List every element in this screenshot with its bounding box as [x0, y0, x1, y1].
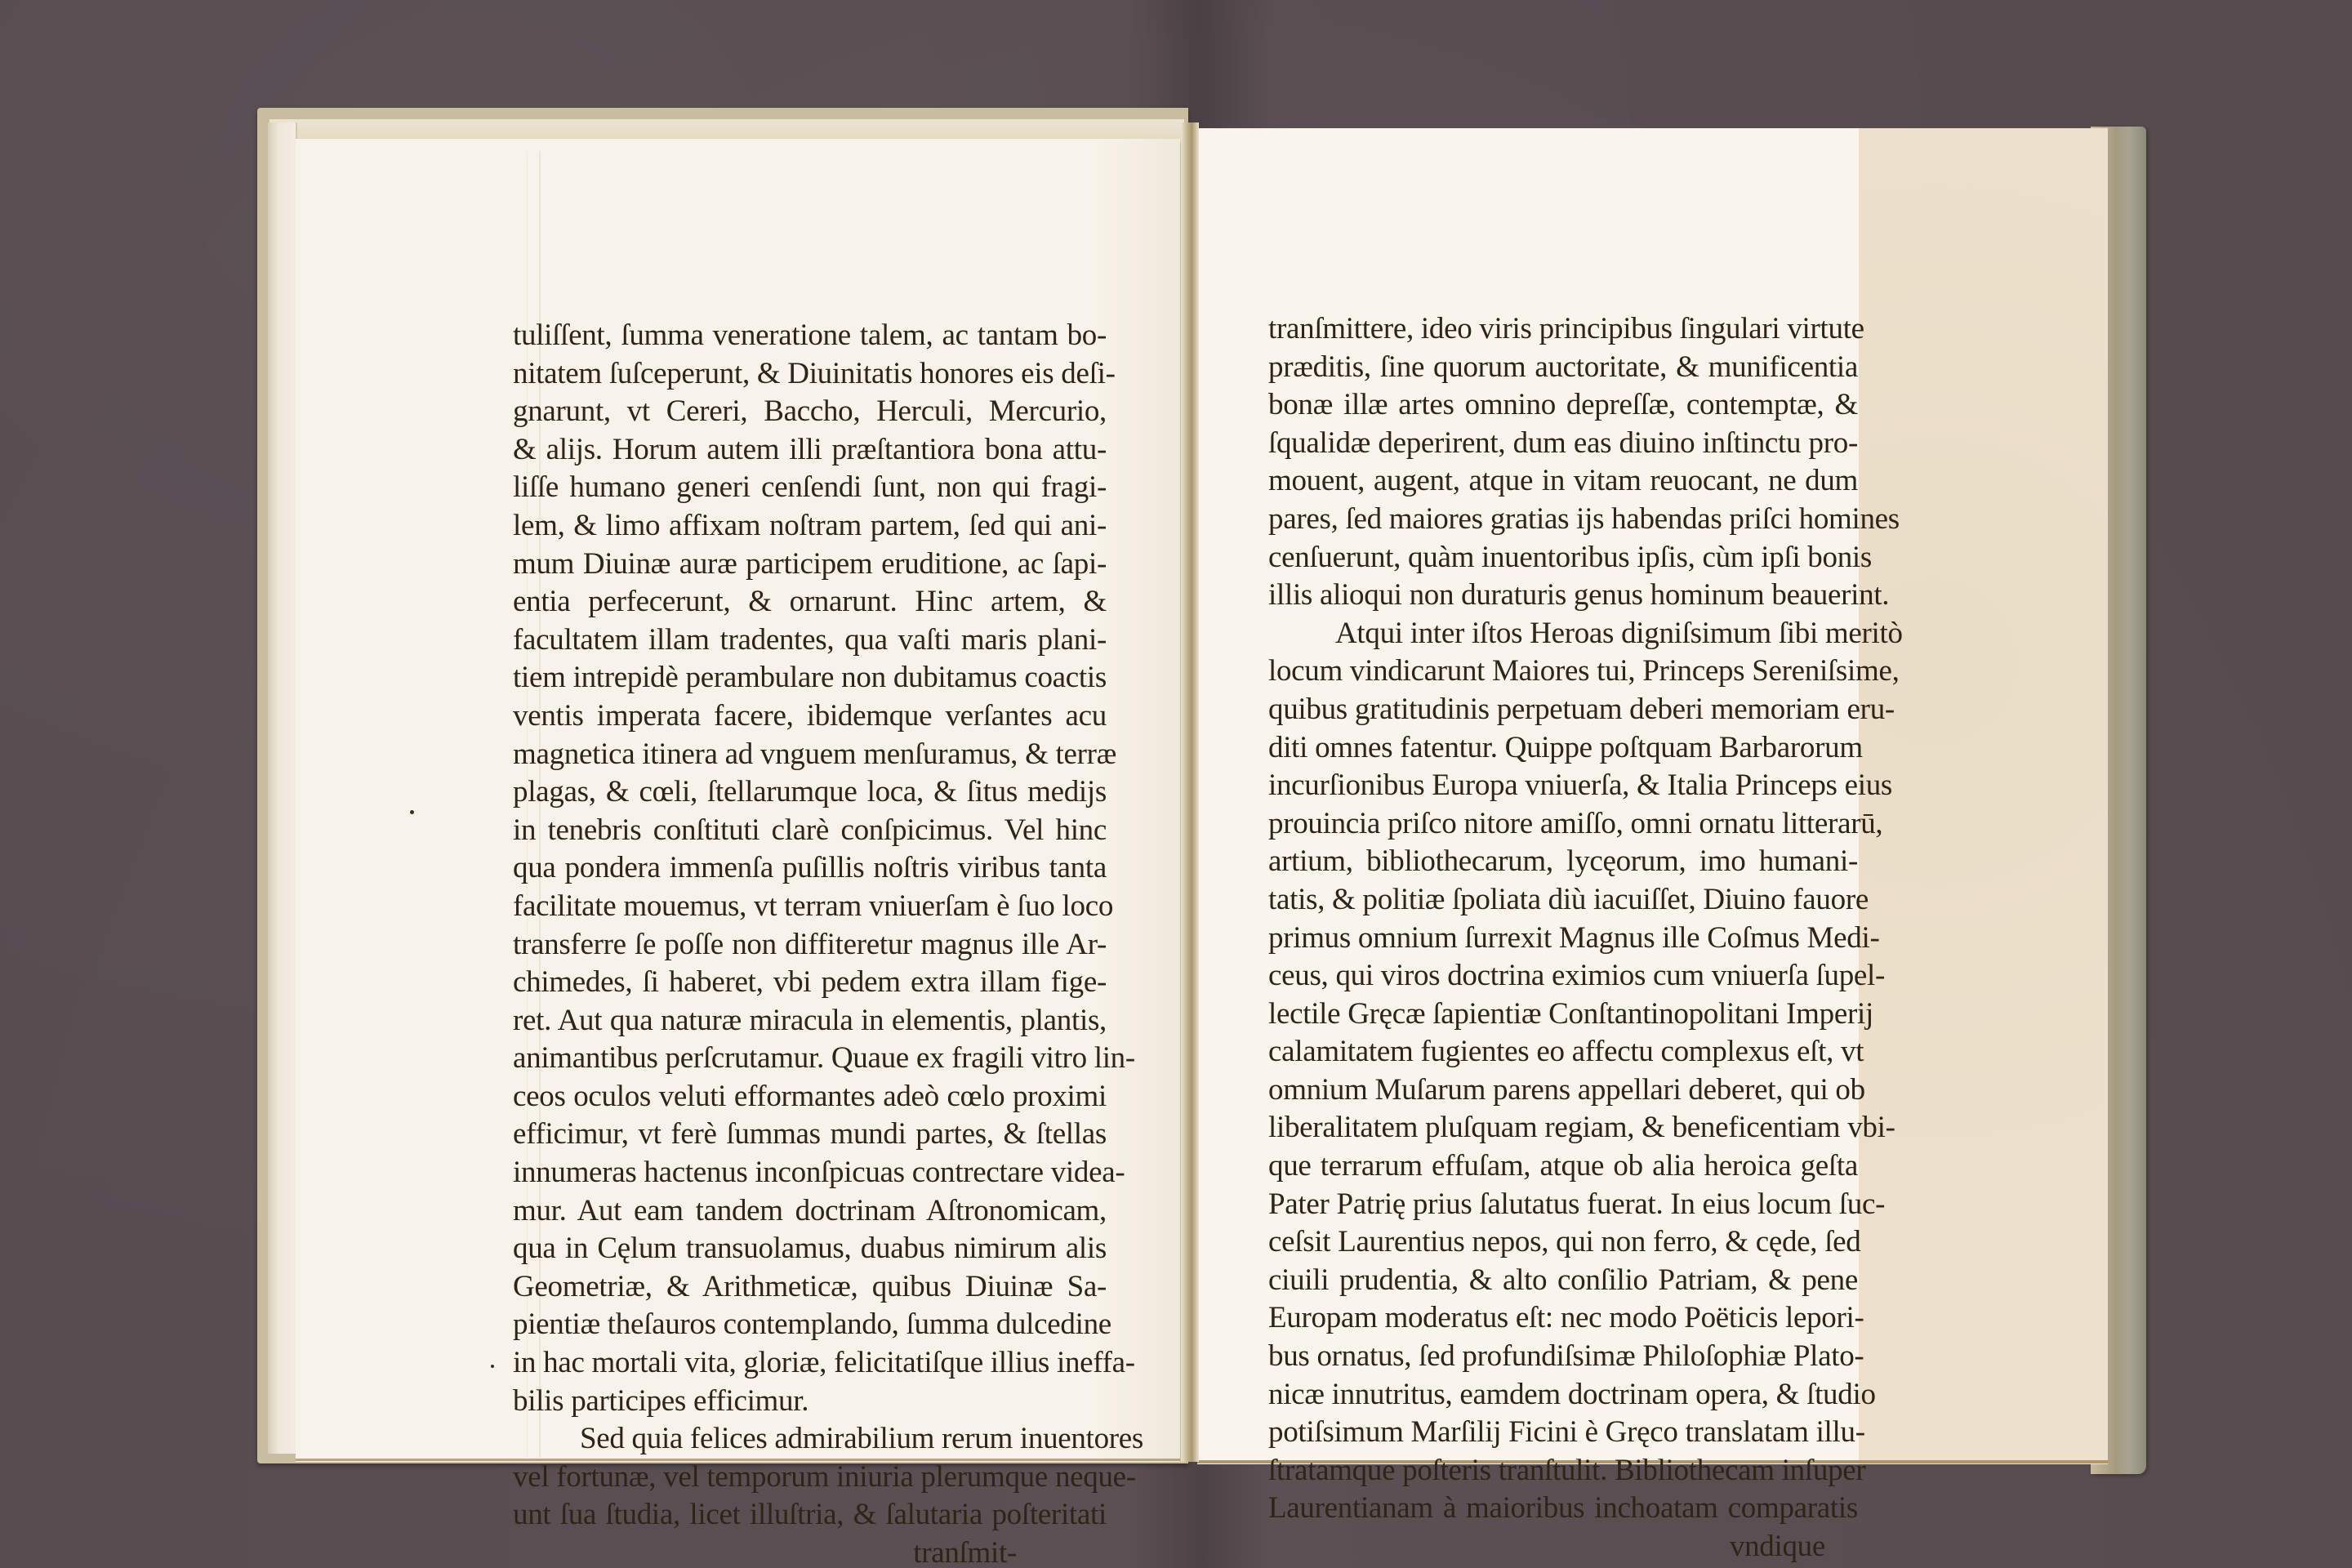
text-line: ret. Aut qua naturæ miracula in elementi…: [513, 1002, 1107, 1040]
text-line: que terrarum effuſam, atque ob alia hero…: [1268, 1147, 1858, 1186]
left-flyleaf-side-edge: [268, 122, 297, 1454]
text-line: lectile Gręcæ ſapientiæ Conſtantinopolit…: [1268, 996, 1858, 1034]
paragraph-start-line: Atqui inter iſtos Heroas digniſsimum ſib…: [1268, 615, 1858, 653]
text-line: mouent, augent, atque in vitam reuocant,…: [1268, 462, 1858, 501]
text-line: ſqualidæ deperirent, dum eas diuino inſt…: [1268, 425, 1858, 463]
text-line: liberalitatem pluſquam regiam, & benefic…: [1268, 1109, 1858, 1147]
text-line: unt ſua ſtudia, licet illuſtria, & ſalut…: [513, 1496, 1107, 1535]
text-line: potiſsimum Marſilij Ficini è Gręco trans…: [1268, 1414, 1858, 1452]
text-line: pares, ſed maiores gratias ijs habendas …: [1268, 501, 1858, 539]
left-page-text: tuliſſent, ſumma veneratione talem, ac t…: [513, 317, 1107, 1568]
text-line: plagas, & cœli, ſtellarumque loca, & ſit…: [513, 773, 1107, 812]
text-line: gnarunt, vt Cereri, Baccho, Herculi, Mer…: [513, 393, 1107, 431]
text-line: in tenebris conſtituti clarè conſpicimus…: [513, 812, 1107, 850]
text-line: lem, & limo affixam noſtram partem, ſed …: [513, 507, 1107, 546]
right-page-text: tranſmittere, ideo viris principibus ſin…: [1268, 310, 1858, 1566]
text-line: liſſe humano generi cenſendi ſunt, non q…: [513, 469, 1107, 507]
text-line: Pater Patrię prius ſalutatus fuerat. In …: [1268, 1186, 1858, 1224]
text-line: Europam moderatus eſt: nec modo Poëticis…: [1268, 1299, 1858, 1338]
paper-speck: [410, 810, 414, 814]
text-line: diti omnes fatentur. Quippe poſtquam Bar…: [1268, 729, 1858, 768]
text-line: Geometriæ, & Arithmeticæ, quibus Diuinæ …: [513, 1268, 1107, 1307]
right-page-outer-margin: [1859, 128, 2108, 1464]
text-line: pientiæ theſauros contemplando, ſumma du…: [513, 1306, 1107, 1344]
text-line: efficimur, vt ferè ſummas mundi partes, …: [513, 1116, 1107, 1154]
text-line: artium, bibliothecarum, lycęorum, imo hu…: [1268, 843, 1858, 881]
text-line: mum Diuinæ auræ participem eruditione, a…: [513, 546, 1107, 584]
catchword: vndique: [1268, 1528, 1858, 1566]
text-line: tiem intrepidè perambulare non dubitamus…: [513, 659, 1107, 697]
text-line: tatis, & politiæ ſpoliata diù iacuiſſet,…: [1268, 881, 1858, 920]
paper-speck: [491, 1365, 494, 1368]
text-line: locum vindicarunt Maiores tui, Princeps …: [1268, 653, 1858, 691]
text-line: animantibus perſcrutamur. Quaue ex fragi…: [513, 1040, 1107, 1078]
text-line: transferre ſe poſſe non diffiteretur mag…: [513, 926, 1107, 964]
paragraph-start-line: Sed quia felices admirabilium rerum inue…: [513, 1420, 1107, 1459]
text-line: bonæ illæ artes omnino depreſſæ, contemp…: [1268, 386, 1858, 425]
text-line: tranſmittere, ideo viris principibus ſin…: [1268, 310, 1858, 349]
text-line: Laurentianam à maioribus inchoatam compa…: [1268, 1490, 1858, 1528]
text-line: tuliſſent, ſumma veneratione talem, ac t…: [513, 317, 1107, 355]
text-line: ſtratamque poſteris tranſtulit. Biblioth…: [1268, 1452, 1858, 1490]
text-line: ciuili prudentia, & alto conſilio Patria…: [1268, 1262, 1858, 1300]
text-line: & alijs. Horum autem illi præſtantiora b…: [513, 431, 1107, 470]
text-line: illis alioqui non duraturis genus hominu…: [1268, 577, 1858, 615]
text-line: qua in Cęlum transuolamus, duabus nimiru…: [513, 1230, 1107, 1268]
text-line: nitatem ſuſceperunt, & Diuinitatis honor…: [513, 355, 1107, 394]
text-line: primus omnium ſurrexit Magnus ille Coſmu…: [1268, 920, 1858, 958]
text-line: entia perfecerunt, & ornarunt. Hinc arte…: [513, 583, 1107, 621]
text-line: ventis imperata facere, ibidemque verſan…: [513, 697, 1107, 736]
text-line: calamitatem fugientes eo affectu complex…: [1268, 1033, 1858, 1071]
text-line: nicæ innutritus, eamdem doctrinam opera,…: [1268, 1376, 1858, 1414]
text-line: ceſsit Laurentius nepos, qui non ferro, …: [1268, 1223, 1858, 1262]
text-line: ceus, qui viros doctrina eximios cum vni…: [1268, 957, 1858, 996]
text-line: cenſuerunt, quàm inuentoribus ipſis, cùm…: [1268, 539, 1858, 577]
text-line: qua pondera immenſa puſillis noſtris vir…: [513, 849, 1107, 888]
book-gutter: [1181, 122, 1199, 1462]
text-line: chimedes, ſi haberet, vbi pedem extra il…: [513, 964, 1107, 1002]
text-line: magnetica itinera ad vnguem menſuramus, …: [513, 736, 1107, 774]
text-line: præditis, ſine quorum auctoritate, & mun…: [1268, 349, 1858, 387]
text-line: incurſionibus Europa vniuerſa, & Italia …: [1268, 767, 1858, 805]
text-line: bilis participes efficimur.: [513, 1383, 1107, 1421]
text-line: vel fortunæ, vel temporum iniuria plerum…: [513, 1459, 1107, 1497]
text-line: in hac mortali vita, gloriæ, felicitatiſ…: [513, 1344, 1107, 1383]
text-line: mur. Aut eam tandem doctrinam Aſtronomic…: [513, 1192, 1107, 1231]
text-line: bus ornatus, ſed profundiſsimæ Philoſoph…: [1268, 1338, 1858, 1376]
text-line: facultatem illam tradentes, qua vaſti ma…: [513, 621, 1107, 660]
text-line: facilitate mouemus, vt terram vniuerſam …: [513, 888, 1107, 926]
text-line: innumeras hactenus inconſpicuas contrect…: [513, 1154, 1107, 1192]
text-line: quibus gratitudinis perpetuam deberi mem…: [1268, 691, 1858, 729]
text-line: omnium Muſarum parens appellari deberet,…: [1268, 1071, 1858, 1110]
text-line: prouincia priſco nitore amiſſo, omni orn…: [1268, 805, 1858, 844]
text-line: ceos oculos veluti efformantes adeò cœlo…: [513, 1078, 1107, 1116]
catchword: tranſmit-: [513, 1535, 1107, 1568]
